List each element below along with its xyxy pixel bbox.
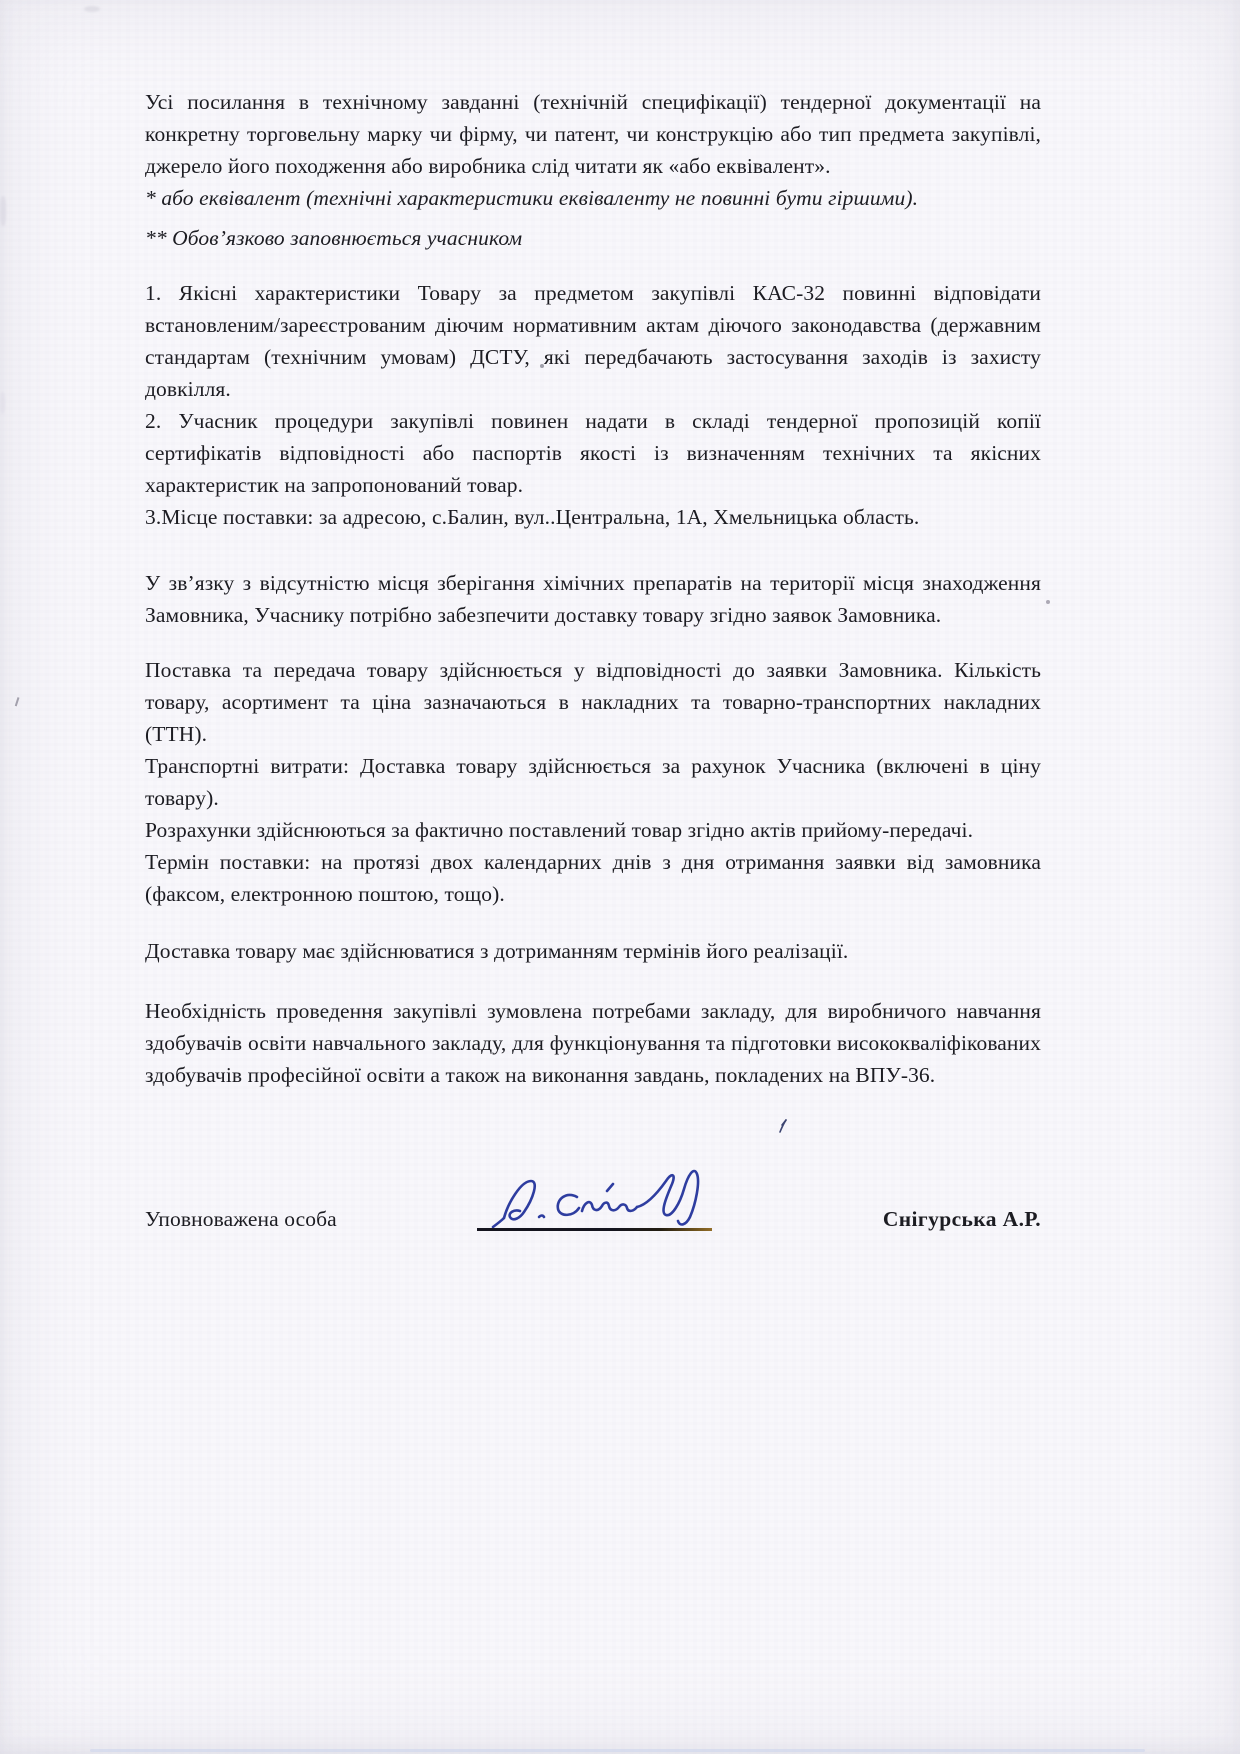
signature-field xyxy=(477,1151,712,1235)
scan-speck xyxy=(1046,600,1050,604)
paragraph-settlements: Розрахунки здійснюються за фактично пост… xyxy=(145,814,1041,846)
signatory-name: Снігурська А.Р. xyxy=(883,1203,1041,1235)
signature-underline xyxy=(477,1228,712,1231)
paragraph-shelf-life: Доставка товару має здійснюватися з дотр… xyxy=(145,935,1041,967)
list-item-delivery-place: 3.Місце поставки: за адресою, с.Балин, в… xyxy=(145,501,1041,533)
scan-smudge xyxy=(0,196,6,226)
paragraph-equivalent-reading-rule: Усі посилання в технічному завданні (тех… xyxy=(145,86,1041,182)
list-item-quality-characteristics: 1. Якісні характеристики Товару за предм… xyxy=(145,277,1041,405)
signature-block: Уповноважена особа Снігурська А.Р. xyxy=(145,1151,1041,1235)
scanned-document-page: Усі посилання в технічному завданні (тех… xyxy=(0,0,1240,1754)
scan-edge-strip xyxy=(90,1749,1145,1752)
paragraph-transport-costs: Транспортні витрати: Доставка товару зді… xyxy=(145,750,1041,814)
document-body: Усі посилання в технічному завданні (тех… xyxy=(145,86,1041,1235)
paragraph-delivery-terms: Поставка та передача товару здійснюється… xyxy=(145,654,1041,750)
footnote-equivalent: * або еквівалент (технічні характеристик… xyxy=(145,182,1041,214)
paragraph-storage-note: У зв’язку з відсутністю місця зберігання… xyxy=(145,567,1041,631)
signature-role-label: Уповноважена особа xyxy=(145,1203,477,1235)
paragraph-delivery-time: Термін поставки: на протязі двох календа… xyxy=(145,846,1041,910)
list-item-certificates: 2. Учасник процедури закупівлі повинен н… xyxy=(145,405,1041,501)
paragraph-purchase-justification: Необхідність проведення закупівлі зумовл… xyxy=(145,995,1041,1091)
scan-speck xyxy=(15,697,24,708)
footnote-participant-fill: ** Обов’язково заповнюється учасником xyxy=(145,222,1041,254)
scan-smudge xyxy=(0,392,5,414)
scan-smudge xyxy=(84,6,100,12)
